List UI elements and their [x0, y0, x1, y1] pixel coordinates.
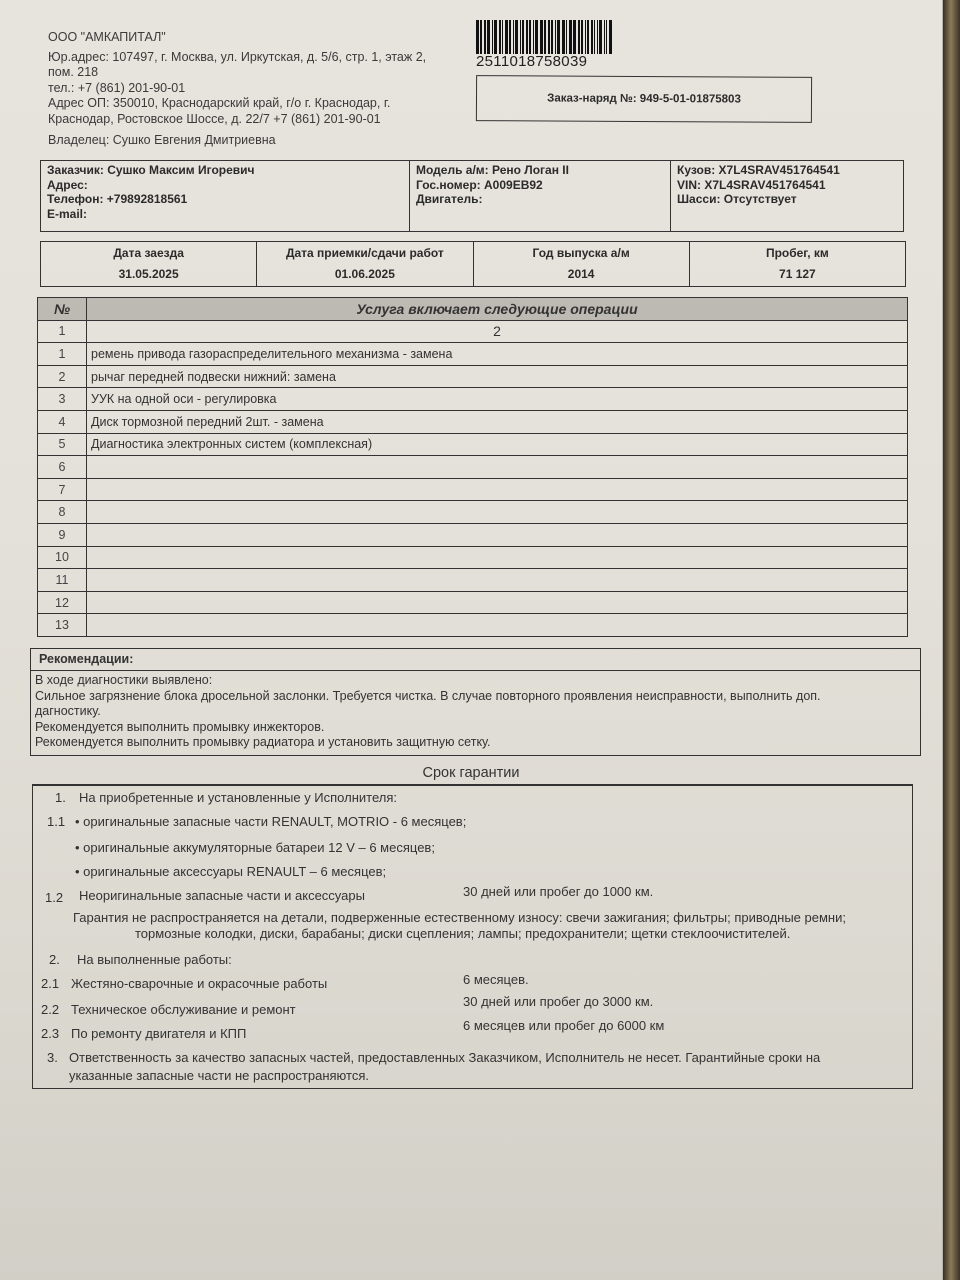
- operation-row: 5Диагностика электронных систем (комплек…: [38, 433, 908, 456]
- barcode-bar: [502, 20, 503, 54]
- date-in-value: 31.05.2025: [41, 267, 256, 281]
- operations-table: № Услуга включает следующие операции 1 2…: [37, 297, 908, 637]
- operation-number: 10: [38, 546, 87, 569]
- legal-address-cont: пом. 218: [48, 65, 426, 81]
- operation-text: рычаг передней подвески нижний: замена: [87, 365, 908, 388]
- w-s1-num: 1.: [55, 790, 66, 805]
- barcode-bar: [566, 20, 567, 54]
- operation-text: УУК на одной оси - регулировка: [87, 388, 908, 411]
- operation-text: [87, 501, 908, 524]
- operation-number: 1: [38, 343, 87, 366]
- warranty-title: Срок гарантии: [0, 765, 942, 781]
- w-s21: Жестяно-сварочные и окрасочные работы: [71, 976, 327, 991]
- barcode-bar: [555, 20, 556, 54]
- barcode-bar: [487, 20, 490, 54]
- barcode-bar: [551, 20, 553, 54]
- operation-number: 7: [38, 478, 87, 501]
- vehicle-chassis: Шасси: Отсутствует: [677, 192, 897, 207]
- operation-text: Диагностика электронных систем (комплекс…: [87, 433, 908, 456]
- w-s23-term: 6 месяцев или пробег до 6000 км: [463, 1018, 664, 1033]
- w-s11-b: • оригинальные аккумуляторные батареи 12…: [75, 840, 435, 855]
- operation-row: 11: [38, 569, 908, 592]
- barcode-bar: [505, 20, 508, 54]
- recommendations-box: Рекомендации: В ходе диагностики выявлен…: [30, 648, 921, 756]
- vehicle-model: Модель а/м: Рено Логан II: [416, 163, 664, 178]
- barcode-bar: [540, 20, 543, 54]
- barcode-bar: [557, 20, 560, 54]
- barcode-bar: [492, 20, 493, 54]
- operation-number: 6: [38, 456, 87, 479]
- warranty-box: 1. На приобретенные и установленные у Ис…: [32, 784, 913, 1089]
- w-s21-num: 2.1: [41, 976, 59, 991]
- barcode-bar: [476, 20, 479, 54]
- customer-info: Заказчик: Сушко Максим Игоревич Адрес: Т…: [41, 161, 410, 231]
- company-info: ООО "АМКАПИТАЛ" Юр.адрес: 107497, г. Мос…: [48, 30, 426, 127]
- mileage-cell: Пробег, км 71 127: [690, 242, 905, 286]
- date-handover-label: Дата приемки/сдачи работ: [257, 246, 472, 260]
- recommendations-title: Рекомендации:: [31, 649, 920, 671]
- year-cell: Год выпуска а/м 2014: [474, 242, 690, 286]
- sub-num: 1: [38, 320, 87, 343]
- operation-number: 5: [38, 433, 87, 456]
- barcode-bar: [544, 20, 546, 54]
- operation-row: 7: [38, 478, 908, 501]
- order-number-box: Заказ-наряд №: 949-5-01-01875803: [476, 75, 812, 123]
- owner: Владелец: Сушко Евгения Дмитриевна: [48, 133, 276, 147]
- col-num-header: №: [38, 298, 87, 321]
- operation-row: 10: [38, 546, 908, 569]
- customer-address: Адрес:: [47, 178, 403, 193]
- recommendation-line: Рекомендуется выполнить промывку инжекто…: [35, 720, 916, 736]
- w-s12: Неоригинальные запасные части и аксессуа…: [79, 888, 365, 903]
- year-label: Год выпуска а/м: [474, 246, 689, 260]
- operation-text: [87, 523, 908, 546]
- barcode-bar: [513, 20, 514, 54]
- barcode-bar: [585, 20, 586, 54]
- barcode-bar: [509, 20, 511, 54]
- branch-address-cont: Краснодар, Ростовское Шоссе, д. 22/7 +7 …: [48, 112, 426, 128]
- barcode-bar: [569, 20, 572, 54]
- w-s23: По ремонту двигателя и КПП: [71, 1026, 246, 1041]
- barcode-bar: [484, 20, 486, 54]
- barcode-bar: [499, 20, 501, 54]
- date-in-label: Дата заезда: [41, 246, 256, 260]
- col-title-header: Услуга включает следующие операции: [87, 298, 908, 321]
- vehicle-vin: VIN: X7L4SRAV451764541: [677, 178, 897, 193]
- barcode-bar: [494, 20, 497, 54]
- recommendation-line: Рекомендуется выполнить промывку радиато…: [35, 735, 916, 751]
- w-exclusion-2: тормозные колодки, диски, барабаны; диск…: [135, 926, 790, 941]
- w-s3-num: 3.: [47, 1050, 58, 1065]
- operation-number: 12: [38, 591, 87, 614]
- operation-text: [87, 456, 908, 479]
- barcode-bar: [604, 20, 605, 54]
- operation-row: 1ремень привода газораспределительного м…: [38, 343, 908, 366]
- legal-address: Юр.адрес: 107497, г. Москва, ул. Иркутск…: [48, 50, 426, 66]
- operation-number: 11: [38, 569, 87, 592]
- barcode-bar: [480, 20, 482, 54]
- customer-phone: Телефон: +79892818561: [47, 192, 403, 207]
- recommendation-line: Сильное загрязнение блока дросельной зас…: [35, 689, 916, 705]
- operation-text: ремень привода газораспределительного ме…: [87, 343, 908, 366]
- barcode-bar: [562, 20, 565, 54]
- w-s1: На приобретенные и установленные у Испол…: [79, 790, 397, 805]
- barcode-bar: [606, 20, 607, 54]
- customer-email: E-mail:: [47, 207, 403, 222]
- operation-text: Диск тормозной передний 2шт. - замена: [87, 410, 908, 433]
- recommendation-line: дагностику.: [35, 704, 916, 720]
- barcode-bar: [515, 20, 518, 54]
- w-s2: На выполненные работы:: [77, 952, 232, 967]
- operation-number: 2: [38, 365, 87, 388]
- barcode-bar: [597, 20, 598, 54]
- operation-row: 13: [38, 614, 908, 637]
- vehicle-plate: Гос.номер: А009ЕВ92: [416, 178, 664, 193]
- w-s12-num: 1.2: [45, 890, 63, 905]
- mileage-label: Пробег, км: [690, 246, 905, 260]
- w-s22-num: 2.2: [41, 1002, 59, 1017]
- barcode-bar: [526, 20, 528, 54]
- w-s3-line2: указанные запасные части не распространя…: [69, 1068, 369, 1083]
- barcode-bar: [520, 20, 521, 54]
- barcode-bar: [522, 20, 524, 54]
- sub-col: 2: [87, 320, 908, 343]
- operation-row: 12: [38, 591, 908, 614]
- barcode-bar: [587, 20, 589, 54]
- w-s11-a: • оригинальные запасные части RENAULT, M…: [75, 814, 466, 829]
- operation-row: 9: [38, 523, 908, 546]
- dates-table: Дата заезда 31.05.2025 Дата приемки/сдач…: [40, 241, 906, 287]
- barcode-bar: [609, 20, 612, 54]
- operation-row: 4Диск тормозной передний 2шт. - замена: [38, 410, 908, 433]
- barcode-bar: [535, 20, 538, 54]
- vehicle-body: Кузов: X7L4SRAV451764541: [677, 163, 897, 178]
- barcode-bar: [594, 20, 595, 54]
- w-s22-term: 30 дней или пробег до 3000 км.: [463, 994, 653, 1009]
- barcode-bar: [578, 20, 580, 54]
- vehicle-info: Модель а/м: Рено Логан II Гос.номер: А00…: [410, 161, 671, 231]
- w-s2-num: 2.: [49, 952, 60, 967]
- w-s3-line1: Ответственность за качество запасных час…: [69, 1050, 820, 1065]
- operations-header: № Услуга включает следующие операции: [38, 298, 908, 321]
- operation-number: 4: [38, 410, 87, 433]
- barcode-number: 2511018758039: [476, 53, 587, 70]
- barcode-image: [476, 20, 658, 54]
- barcode-bar: [529, 20, 531, 54]
- customer-name: Заказчик: Сушко Максим Игоревич: [47, 163, 403, 178]
- date-in-cell: Дата заезда 31.05.2025: [41, 242, 257, 286]
- branch-address: Адрес ОП: 350010, Краснодарский край, г/…: [48, 96, 426, 112]
- operation-text: [87, 614, 908, 637]
- date-handover-cell: Дата приемки/сдачи работ 01.06.2025: [257, 242, 473, 286]
- w-s23-num: 2.3: [41, 1026, 59, 1041]
- company-name: ООО "АМКАПИТАЛ": [48, 30, 426, 46]
- recommendation-line: В ходе диагностики выявлено:: [35, 673, 916, 689]
- barcode-bar: [599, 20, 602, 54]
- barcode-bar: [591, 20, 593, 54]
- work-order-document: ООО "АМКАПИТАЛ" Юр.адрес: 107497, г. Мос…: [0, 0, 943, 1280]
- operation-number: 3: [38, 388, 87, 411]
- mileage-value: 71 127: [690, 267, 905, 281]
- recommendations-body: В ходе диагностики выявлено: Сильное заг…: [31, 671, 920, 755]
- operation-row: 3УУК на одной оси - регулировка: [38, 388, 908, 411]
- vehicle-ids: Кузов: X7L4SRAV451764541 VIN: X7L4SRAV45…: [671, 161, 903, 231]
- vehicle-engine: Двигатель:: [416, 192, 664, 207]
- w-s22: Техническое обслуживание и ремонт: [71, 1002, 296, 1017]
- operation-text: [87, 591, 908, 614]
- operation-row: 8: [38, 501, 908, 524]
- operation-text: [87, 546, 908, 569]
- w-s12-term: 30 дней или пробег до 1000 км.: [463, 884, 653, 899]
- year-value: 2014: [474, 267, 689, 281]
- w-s11-c: • оригинальные аксессуары RENAULT – 6 ме…: [75, 864, 386, 879]
- barcode-bar: [533, 20, 534, 54]
- w-s11-num: 1.1: [47, 814, 65, 829]
- operations-subheader: 1 2: [38, 320, 908, 343]
- barcode-bar: [548, 20, 550, 54]
- operation-number: 9: [38, 523, 87, 546]
- operation-number: 8: [38, 501, 87, 524]
- operation-number: 13: [38, 614, 87, 637]
- customer-vehicle-box: Заказчик: Сушко Максим Игоревич Адрес: Т…: [40, 160, 904, 232]
- date-handover-value: 01.06.2025: [257, 267, 472, 281]
- w-s21-term: 6 месяцев.: [463, 972, 529, 987]
- company-phone: тел.: +7 (861) 201-90-01: [48, 81, 426, 97]
- barcode-bar: [581, 20, 583, 54]
- operation-row: 6: [38, 456, 908, 479]
- w-exclusion-1: Гарантия не распространяется на детали, …: [73, 910, 846, 925]
- operation-row: 2рычаг передней подвески нижний: замена: [38, 365, 908, 388]
- operation-text: [87, 569, 908, 592]
- operation-text: [87, 478, 908, 501]
- order-number: Заказ-наряд №: 949-5-01-01875803: [547, 92, 741, 105]
- barcode-bar: [573, 20, 576, 54]
